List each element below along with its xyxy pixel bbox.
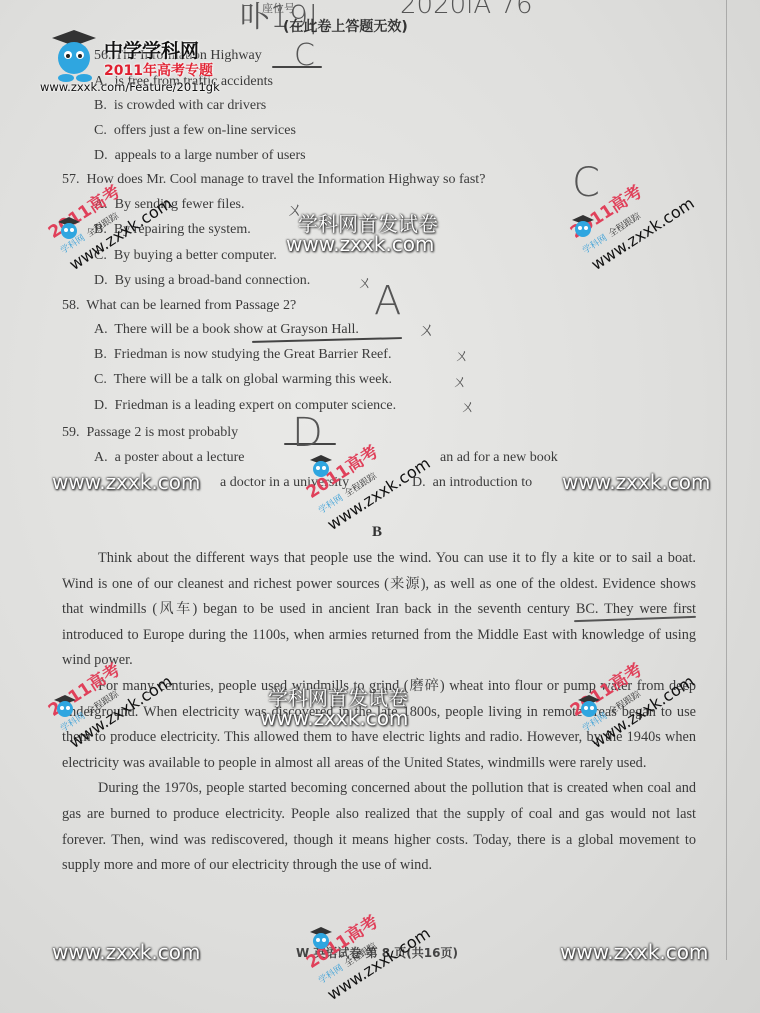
logo-url: www.zxxk.com/Feature/2011gk [40, 80, 220, 94]
handwritten-answer-56: C [294, 38, 315, 73]
option: A. There will be a book show at Grayson … [94, 322, 359, 338]
question-59-stem: 59. Passage 2 is most probably [62, 425, 238, 441]
cross-mark: ㄨ [418, 316, 436, 342]
watermark-center-url: www.zxxk.com [260, 706, 408, 730]
margin-line [726, 0, 727, 960]
option: A. a poster about a lecture [94, 450, 244, 466]
section-heading: B [372, 524, 382, 541]
logo-title: 中学学科网 [104, 36, 199, 63]
exam-notice: (在此卷上答题无效) [283, 16, 408, 36]
mascot-icon [52, 694, 78, 720]
handwritten-answer-57: C [572, 160, 600, 206]
question-58-stem: 58. What can be learned from Passage 2? [62, 298, 296, 314]
handwritten-seat: 2020iA 76 [400, 0, 533, 20]
mascot-icon [308, 926, 334, 952]
cross-mark: ㄨ [357, 270, 373, 293]
option: C. By buying a better computer. [94, 248, 277, 264]
option: B. is crowded with car drivers [94, 98, 266, 114]
option: C. There will be a talk on global warmin… [94, 372, 392, 388]
logo-subtitle: 2011年高考专题 [104, 60, 213, 80]
mascot-logo-icon [44, 28, 104, 86]
watermark-url: www.zxxk.com [52, 940, 200, 964]
option: D. Friedman is a leading expert on compu… [94, 398, 396, 414]
mascot-icon [308, 454, 334, 480]
option: an ad for a new book [440, 450, 558, 466]
handwritten-answer-59: D [292, 410, 323, 456]
mascot-icon [576, 694, 602, 720]
mascot-icon [56, 216, 82, 242]
exam-page: 座位号 卟19| 2020iA 76 (在此卷上答题无效) 56. The In… [0, 0, 760, 1013]
option: B. Friedman is now studying the Great Ba… [94, 347, 391, 363]
mascot-icon [570, 214, 596, 240]
option: D. By using a broad-band connection. [94, 273, 310, 289]
option: D. an introduction to [412, 475, 532, 491]
cross-mark: ㄨ [460, 394, 476, 417]
watermark-center-url: www.zxxk.com [286, 232, 434, 256]
option: D. appeals to a large number of users [94, 148, 306, 164]
paragraph: Think about the different ways that peop… [62, 546, 696, 674]
watermark-url: www.zxxk.com [52, 470, 200, 494]
watermark-url: www.zxxk.com [560, 940, 708, 964]
cross-mark: ㄨ [454, 343, 470, 366]
cross-mark: ㄨ [452, 369, 468, 392]
paragraph: During the 1970s, people started becomin… [62, 776, 696, 878]
watermark-url: www.zxxk.com [562, 470, 710, 494]
handwritten-answer-58: A [374, 278, 401, 324]
option: C. offers just a few on-line services [94, 123, 296, 139]
